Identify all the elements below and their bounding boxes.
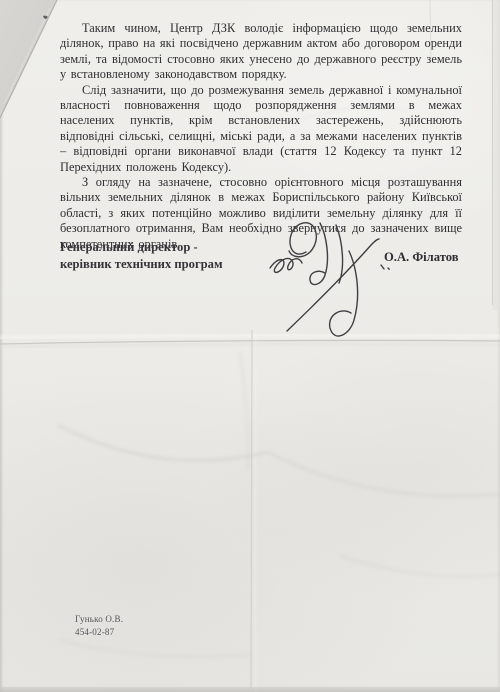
signoff-title: Генеральний директор - керівник технічни… (60, 239, 280, 272)
paragraph-1: Таким чином, Центр ДЗК володіє інформаці… (60, 21, 462, 83)
signoff-title-line1: Генеральний директор - (60, 239, 280, 256)
vertical-fold-crease (251, 330, 256, 692)
scanned-letter-page: Таким чином, Центр ДЗК володіє інформаці… (0, 0, 500, 692)
folded-corner-top-left (0, 0, 57, 118)
executor-name: Гунько О.В. (75, 613, 123, 626)
paragraph-2: Слід зазначити, що до розмежування земел… (60, 83, 462, 175)
signoff-title-line2: керівник технічних програм (60, 256, 280, 273)
horizontal-fold-crease (0, 335, 500, 347)
executor-footer: Гунько О.В. 454-02-87 (75, 613, 123, 639)
bottom-edge-shadow (0, 687, 500, 692)
pen-dot-mark (43, 16, 48, 19)
signatory-name: О.А. Філатов (384, 250, 459, 265)
signature-scribble (260, 214, 400, 354)
executor-phone: 454-02-87 (75, 626, 123, 639)
